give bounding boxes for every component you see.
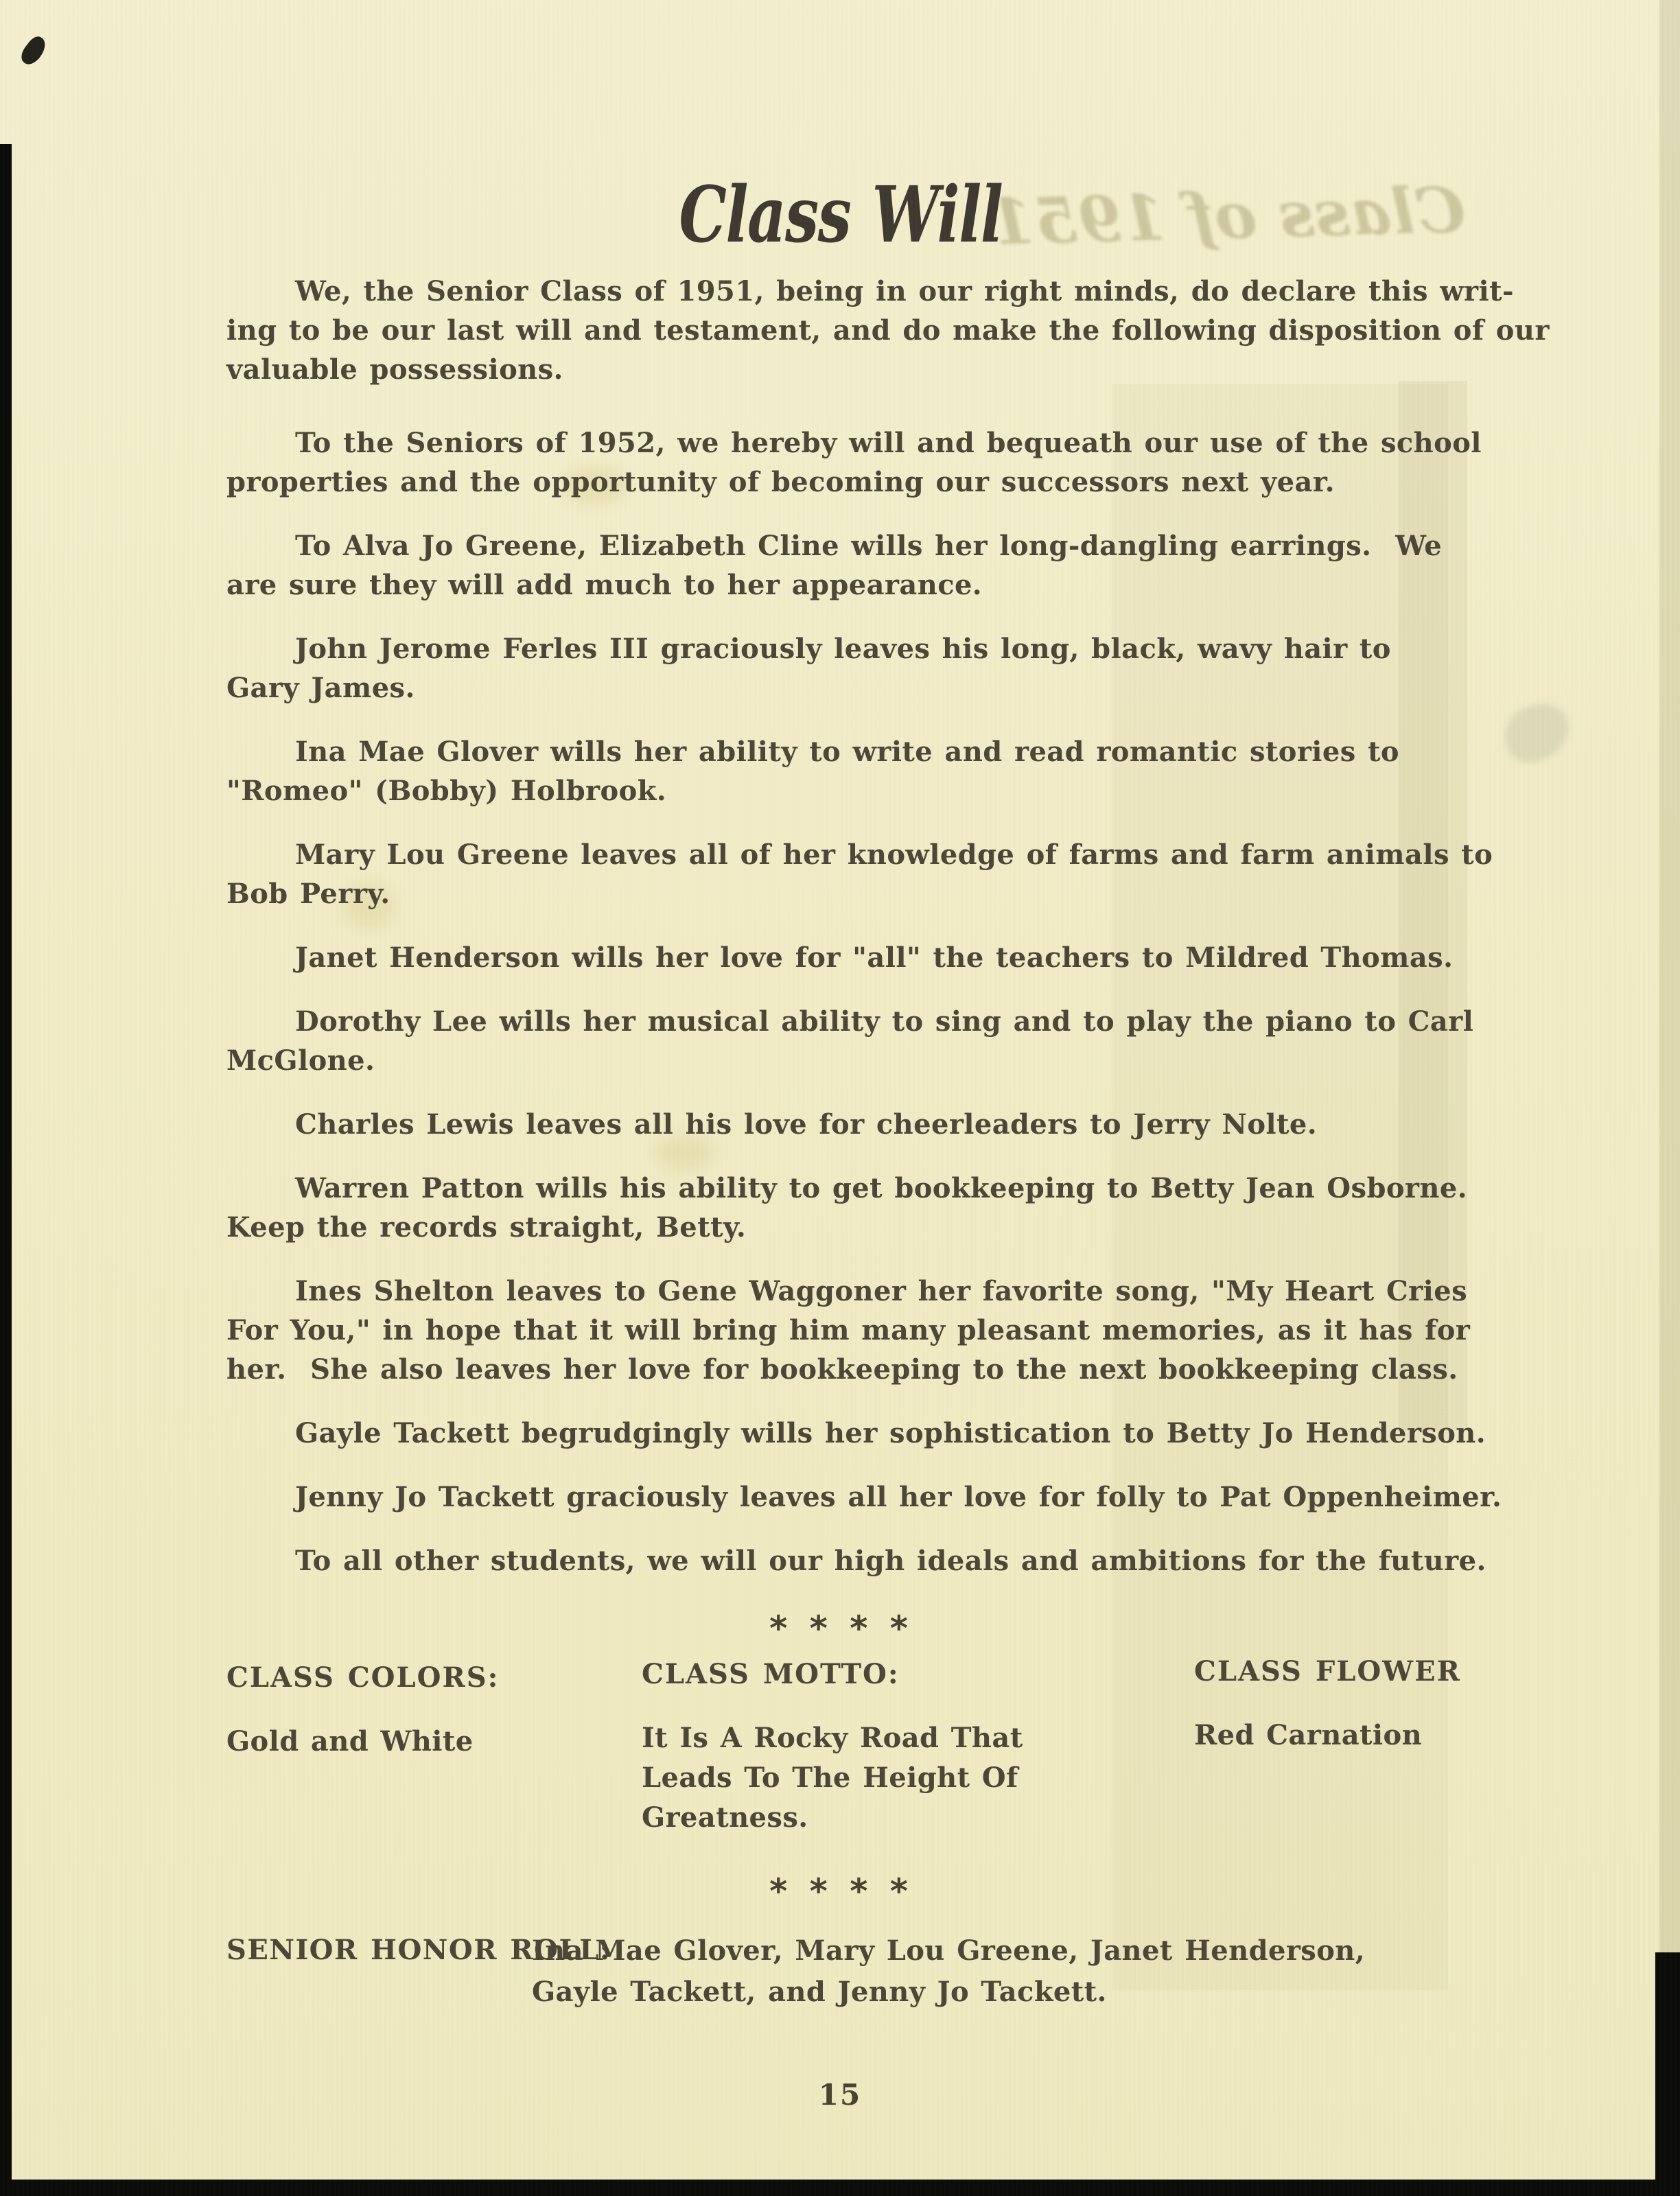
class-motto-column: CLASS MOTTO: It Is A Rocky Road That Lea…: [642, 1655, 1143, 1838]
scan-edge-right: [1655, 1952, 1680, 2196]
will-paragraph-3: To Alva Jo Greene, Elizabeth Cline wills…: [226, 526, 1455, 605]
asterisk-separator: * * * *: [226, 1872, 1455, 1911]
will-paragraph-7: Janet Henderson wills her love for "all"…: [226, 938, 1455, 977]
honor-roll-label: SENIOR HONOR ROLL:: [226, 1930, 532, 2013]
yearbook-page: Class of 1951 Class Will We, the Senior …: [0, 0, 1680, 2196]
asterisk-separator: * * * *: [226, 1609, 1455, 1648]
class-colors-heading: CLASS COLORS:: [226, 1658, 625, 1697]
honor-roll-names: Ina Mae Glover, Mary Lou Greene, Janet H…: [532, 1930, 1365, 2013]
will-paragraph-9: Charles Lewis leaves all his love for ch…: [226, 1105, 1455, 1144]
class-info-columns: CLASS COLORS: Gold and White CLASS MOTTO…: [226, 1658, 1455, 1849]
paper-smudge: [1498, 698, 1575, 768]
will-paragraph-8: Dorothy Lee wills her musical ability to…: [226, 1002, 1455, 1080]
will-paragraph-5: Ina Mae Glover wills her ability to writ…: [226, 732, 1455, 810]
will-paragraph-2: To the Seniors of 1952, we hereby will a…: [226, 423, 1455, 502]
will-paragraph-6: Mary Lou Greene leaves all of her knowle…: [226, 835, 1455, 913]
will-paragraph-4: John Jerome Ferles III graciously leaves…: [226, 629, 1455, 708]
senior-honor-roll: SENIOR HONOR ROLL: Ina Mae Glover, Mary …: [226, 1930, 1455, 2013]
will-paragraph-1: We, the Senior Class of 1951, being in o…: [226, 272, 1455, 389]
will-paragraph-12: Gayle Tackett begrudgingly wills her sop…: [226, 1414, 1455, 1453]
paper-edge-shading: [1659, 0, 1680, 2196]
will-paragraph-11: Ines Shelton leaves to Gene Waggoner her…: [226, 1272, 1455, 1389]
class-motto-heading: CLASS MOTTO:: [642, 1655, 1143, 1694]
class-flower-value: Red Carnation: [1194, 1716, 1455, 1755]
class-colors-value: Gold and White: [226, 1722, 625, 1762]
scan-edge-bottom: [0, 2180, 1680, 2196]
scan-corner-mark: [17, 34, 50, 69]
document-body: Class Will We, the Senior Class of 1951,…: [226, 177, 1455, 2013]
scan-edge-left: [0, 144, 12, 2196]
will-paragraph-13: Jenny Jo Tackett graciously leaves all h…: [226, 1477, 1455, 1517]
class-flower-column: CLASS FLOWER Red Carnation: [1194, 1652, 1455, 1755]
class-motto-value: It Is A Rocky Road That Leads To The Hei…: [642, 1718, 1143, 1838]
will-paragraph-10: Warren Patton wills his ability to get b…: [226, 1169, 1455, 1247]
class-flower-heading: CLASS FLOWER: [1194, 1652, 1455, 1691]
will-paragraph-14: To all other students, we will our high …: [226, 1541, 1455, 1580]
page-title-text: Class Will: [679, 177, 1003, 254]
class-colors-column: CLASS COLORS: Gold and White: [226, 1658, 625, 1762]
page-number: 15: [0, 2078, 1680, 2112]
page-title: Class Will: [226, 177, 1455, 254]
